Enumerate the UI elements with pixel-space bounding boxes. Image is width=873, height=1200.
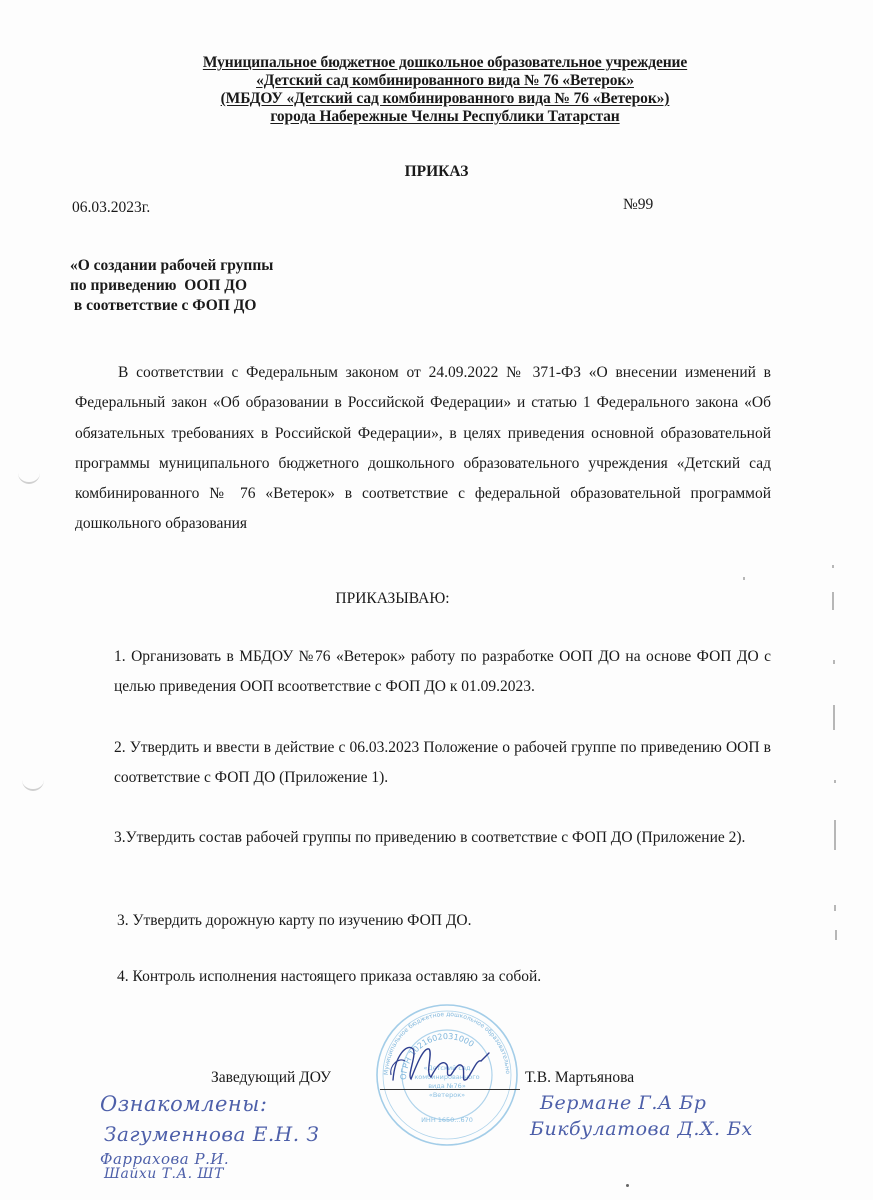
document-page: Муниципальное бюджетное дошкольное образ… <box>0 0 873 1200</box>
org-header-line: (МБДОУ «Детский сад комбинированного вид… <box>120 90 770 108</box>
org-header-line: города Набережные Челны Республики Татар… <box>120 108 770 126</box>
handwritten-acknowledgement: Бермане Г.А Бр <box>540 1092 706 1114</box>
svg-text:«Ветерок»: «Ветерок» <box>429 1091 465 1099</box>
scan-speck <box>834 820 836 850</box>
document-date: 06.03.2023г. <box>72 199 150 217</box>
scan-speck <box>834 905 836 911</box>
scan-speck <box>835 930 837 940</box>
scan-speck <box>626 1184 629 1187</box>
punch-hole-mark <box>18 468 40 484</box>
org-header-line: Муниципальное бюджетное дошкольное образ… <box>120 54 770 72</box>
document-number: №99 <box>623 196 653 214</box>
handwritten-acknowledgement: Шайхи Т.А. ШТ <box>104 1166 224 1182</box>
order-item: 3.Утвердить состав рабочей группы по при… <box>114 823 771 853</box>
order-item: 2. Утвердить и ввести в действие с 06.03… <box>114 733 771 793</box>
handwritten-acknowledgement: Бикбулатова Д.Х. Бх <box>530 1118 753 1140</box>
subject-line: «О создании рабочей группы <box>70 256 273 276</box>
subject-line: в соответствие с ФОП ДО <box>70 296 273 316</box>
handwritten-acknowledgement: Ознакомлены: <box>100 1092 267 1116</box>
preamble-paragraph: В соответствии с Федеральным законом от … <box>75 358 771 540</box>
scan-speck <box>833 705 835 730</box>
signatory-position: Заведующий ДОУ <box>211 1069 331 1087</box>
scan-speck <box>743 577 745 580</box>
scan-speck <box>834 780 836 783</box>
handwritten-acknowledgement: Загуменнова Е.Н. З <box>104 1122 319 1146</box>
order-item: 1. Организовать в МБДОУ №76 «Ветерок» ра… <box>114 642 771 702</box>
order-heading: ПРИКАЗЫВАЮ: <box>0 590 785 608</box>
scan-speck <box>833 660 835 664</box>
order-item: 3. Утвердить дорожную карту по изучению … <box>117 906 774 936</box>
punch-hole-mark <box>22 775 44 791</box>
scan-speck <box>832 592 834 610</box>
org-header-line: «Детский сад комбинированного вида № 76 … <box>120 72 770 90</box>
document-title: ПРИКАЗ <box>0 163 873 181</box>
signatory-name: Т.В. Мартьянова <box>525 1069 634 1087</box>
order-item: 4. Контроль исполнения настоящего приказ… <box>117 962 774 992</box>
subject-line: по приведению ООП ДО <box>70 276 273 296</box>
organization-header: Муниципальное бюджетное дошкольное образ… <box>120 54 770 126</box>
svg-text:ИНН 1650...670: ИНН 1650...670 <box>421 1116 473 1124</box>
document-subject: «О создании рабочей группы по приведению… <box>70 256 273 316</box>
scan-speck <box>832 565 834 568</box>
handwritten-signature-icon <box>385 1035 505 1090</box>
